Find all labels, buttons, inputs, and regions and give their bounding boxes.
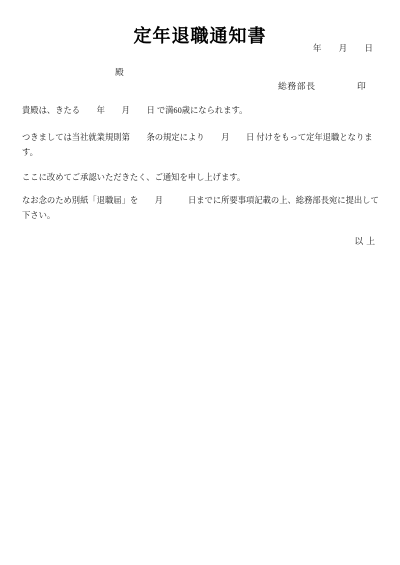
sender-title: 総務部長 bbox=[278, 81, 316, 91]
paragraph-age-notice: 貴殿は、きたる 年 月 日 で満60歳になられます。 bbox=[22, 103, 380, 118]
retirement-notice-page: 定年退職通知書 年 月 日 殿 総務部長 印 貴殿は、きたる 年 月 日 で満6… bbox=[0, 0, 400, 565]
closing-ijou: 以上 bbox=[354, 236, 378, 247]
paragraph-retirement-rule: つきましては当社就業規則第 条の規定により 月 日 付けをもって定年退職となりま… bbox=[22, 130, 380, 160]
recipient-honorific: 殿 bbox=[115, 67, 124, 77]
paragraph-submission-request: なお念のため別紙「退職届」を 月 日までに所要事項記載の上、総務部長宛に提出して… bbox=[22, 193, 380, 223]
date-placeholder-line: 年 月 日 bbox=[313, 43, 373, 53]
paragraph-acknowledgement: ここに改めてご承認いただきたく、ご通知を申し上げます。 bbox=[22, 170, 380, 185]
seal-placeholder: 印 bbox=[357, 81, 366, 91]
